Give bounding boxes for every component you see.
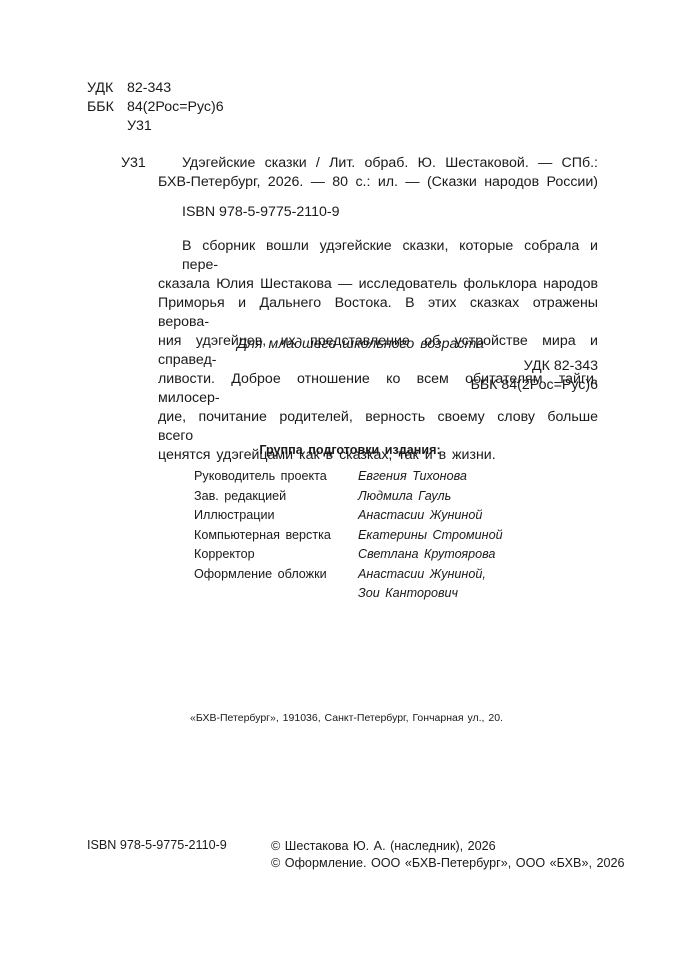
publisher-address: «БХВ-Петербург», 191036, Санкт-Петербург… [190,711,503,725]
bbk-row: ББК 84(2Рос=Рус)6 [87,98,224,117]
team-role: Оформление обложки [194,565,358,604]
team-name: Зои Канторович [358,584,486,604]
bbk-label: ББК [87,98,127,117]
bbk-code: ББК 84(2Рос=Рус)6 [471,376,598,395]
copyright-line: © Шестакова Ю. А. (наследник), 2026 [271,838,624,855]
team-name: Людмила Гауль [358,487,451,507]
team-role: Иллюстрации [194,506,358,526]
entry-line: БХВ-Петербург, 2026. — 80 с.: ил. — (Ска… [158,173,598,192]
team-title: Группа подготовки издания: [0,443,700,457]
udk-value: 82-343 [127,79,171,98]
team-row: Компьютерная верстка Екатерины Строминой [194,526,503,546]
entry-description: Удэгейские сказки / Лит. обраб. Ю. Шеста… [158,154,598,192]
team-name: Анастасии Жуниной, [358,565,486,585]
author-mark: У31 [127,117,152,136]
copyright-line: © Оформление. ООО «БХВ-Петербург», ООО «… [271,855,624,872]
entry-isbn: ISBN 978-5-9775-2110-9 [182,203,598,222]
audience-note: Для младшего школьного возраста [237,335,484,354]
team-name: Екатерины Строминой [358,526,503,546]
udk-code: УДК 82-343 [471,357,598,376]
team-name: Светлана Крутоярова [358,545,495,565]
team-role: Руководитель проекта [194,467,358,487]
team-name: Евгения Тихонова [358,467,467,487]
annotation-line: дие, почитание родителей, верность своем… [158,408,598,446]
team-row: Иллюстрации Анастасии Жуниной [194,506,503,526]
bottom-classification-codes: УДК 82-343 ББК 84(2Рос=Рус)6 [471,357,598,395]
annotation-line: Приморья и Дальнего Востока. В этих сказ… [158,294,598,332]
bbk-value: 84(2Рос=Рус)6 [127,98,224,117]
team-role: Корректор [194,545,358,565]
team-role: Зав. редакцией [194,487,358,507]
annotation-line: В сборник вошли удэгейские сказки, котор… [158,237,598,275]
team-row: Зав. редакцией Людмила Гауль [194,487,503,507]
top-classification-codes: УДК 82-343 ББК 84(2Рос=Рус)6 [87,79,224,117]
footer-isbn: ISBN 978-5-9775-2110-9 [87,838,227,852]
catalog-entry: У31 Удэгейские сказки / Лит. обраб. Ю. Ш… [121,154,598,222]
team-row: Корректор Светлана Крутоярова [194,545,503,565]
team-role: Компьютерная верстка [194,526,358,546]
team-row: Оформление обложки Анастасии Жуниной, Зо… [194,565,503,604]
entry-author-mark: У31 [121,154,146,173]
team-names: Анастасии Жуниной, Зои Канторович [358,565,486,604]
entry-line: Удэгейские сказки / Лит. обраб. Ю. Шеста… [158,154,598,173]
copyright-block: © Шестакова Ю. А. (наследник), 2026 © Оф… [271,838,624,872]
udk-row: УДК 82-343 [87,79,224,98]
team-row: Руководитель проекта Евгения Тихонова [194,467,503,487]
udk-label: УДК [87,79,127,98]
annotation-line: сказала Юлия Шестакова — исследователь ф… [158,275,598,294]
team-list: Руководитель проекта Евгения Тихонова За… [194,467,503,604]
team-name: Анастасии Жуниной [358,506,482,526]
